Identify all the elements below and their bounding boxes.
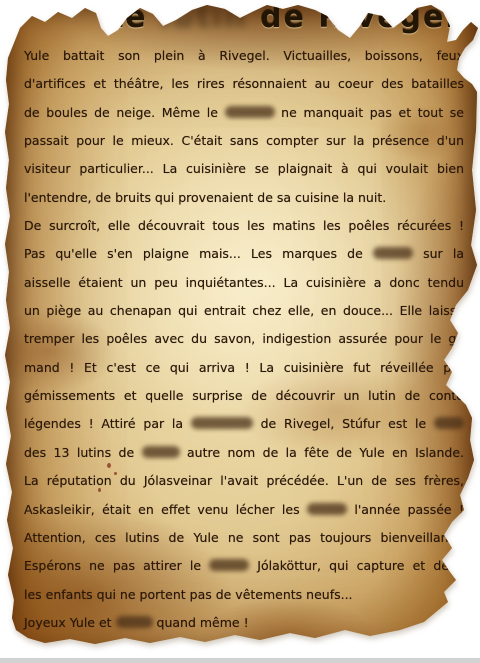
ink-speck bbox=[107, 463, 111, 468]
redacted-smudge bbox=[307, 503, 347, 515]
title-obscured-word: lutin bbox=[160, 0, 248, 35]
redacted-smudge bbox=[225, 106, 275, 118]
redacted-smudge bbox=[434, 417, 464, 429]
text-line: Pas qu'elle s'en plaigne mais... Les mar… bbox=[24, 240, 464, 268]
title-suffix: de Rivegel bbox=[248, 0, 458, 35]
text-line: des 13 lutins de autre nom de la fête de… bbox=[24, 439, 464, 467]
text-line: d'artifices et théâtre, les rires résonn… bbox=[24, 70, 464, 98]
text-line: passait pour le mieux. C'était sans comp… bbox=[24, 127, 464, 155]
text-line: l'entendre, de bruits qui provenaient de… bbox=[24, 184, 464, 212]
redacted-smudge bbox=[209, 559, 249, 571]
redacted-smudge bbox=[191, 417, 253, 429]
text-line: Espérons ne pas attirer le Jólaköttur, q… bbox=[24, 552, 464, 580]
ink-speck bbox=[98, 488, 101, 492]
text-lines: Yule battait son plein à Rivegel. Victua… bbox=[24, 42, 464, 637]
page-background: Le lutin de Rivegel Yule battait son ple… bbox=[0, 0, 480, 663]
text-line: tremper les poêles avec du savon, indige… bbox=[24, 325, 464, 353]
redacted-smudge bbox=[116, 616, 153, 628]
text-line: les enfants qui ne portent pas de vêteme… bbox=[24, 581, 464, 609]
text-line: mand ! Et c'est ce qui arriva ! La cuisi… bbox=[24, 354, 464, 382]
text-line: de boules de neige. Même le ne manquait … bbox=[24, 99, 464, 127]
text-line: De surcroît, elle découvrait tous les ma… bbox=[24, 212, 464, 240]
text-line: La réputation du Jólasveinar l'avait pré… bbox=[24, 467, 464, 495]
ink-speck bbox=[114, 472, 117, 475]
text-line: légendes ! Attiré par la de Rivegel, Stú… bbox=[24, 410, 464, 438]
text-line: aisselle étaient un peu inquiétantes... … bbox=[24, 269, 464, 297]
title-prefix: Le bbox=[104, 0, 160, 35]
document-title: Le lutin de Rivegel bbox=[104, 0, 476, 35]
text-line: Askasleikir, était en effet venu lécher … bbox=[24, 496, 464, 524]
text-line: un piège au chenapan qui entrait chez el… bbox=[24, 297, 464, 325]
parchment: Le lutin de Rivegel Yule battait son ple… bbox=[0, 0, 480, 663]
redacted-smudge bbox=[373, 247, 413, 259]
text-line: gémissements et quelle surprise de décou… bbox=[24, 382, 464, 410]
text-line: Joyeux Yule et quand même ! bbox=[24, 609, 464, 637]
bottom-border bbox=[0, 658, 480, 663]
text-line: visiteur particulier... La cuisinière se… bbox=[24, 155, 464, 183]
text-line: Attention, ces lutins de Yule ne sont pa… bbox=[24, 524, 464, 552]
redacted-smudge bbox=[142, 446, 180, 458]
text-line: Yule battait son plein à Rivegel. Victua… bbox=[24, 42, 464, 70]
